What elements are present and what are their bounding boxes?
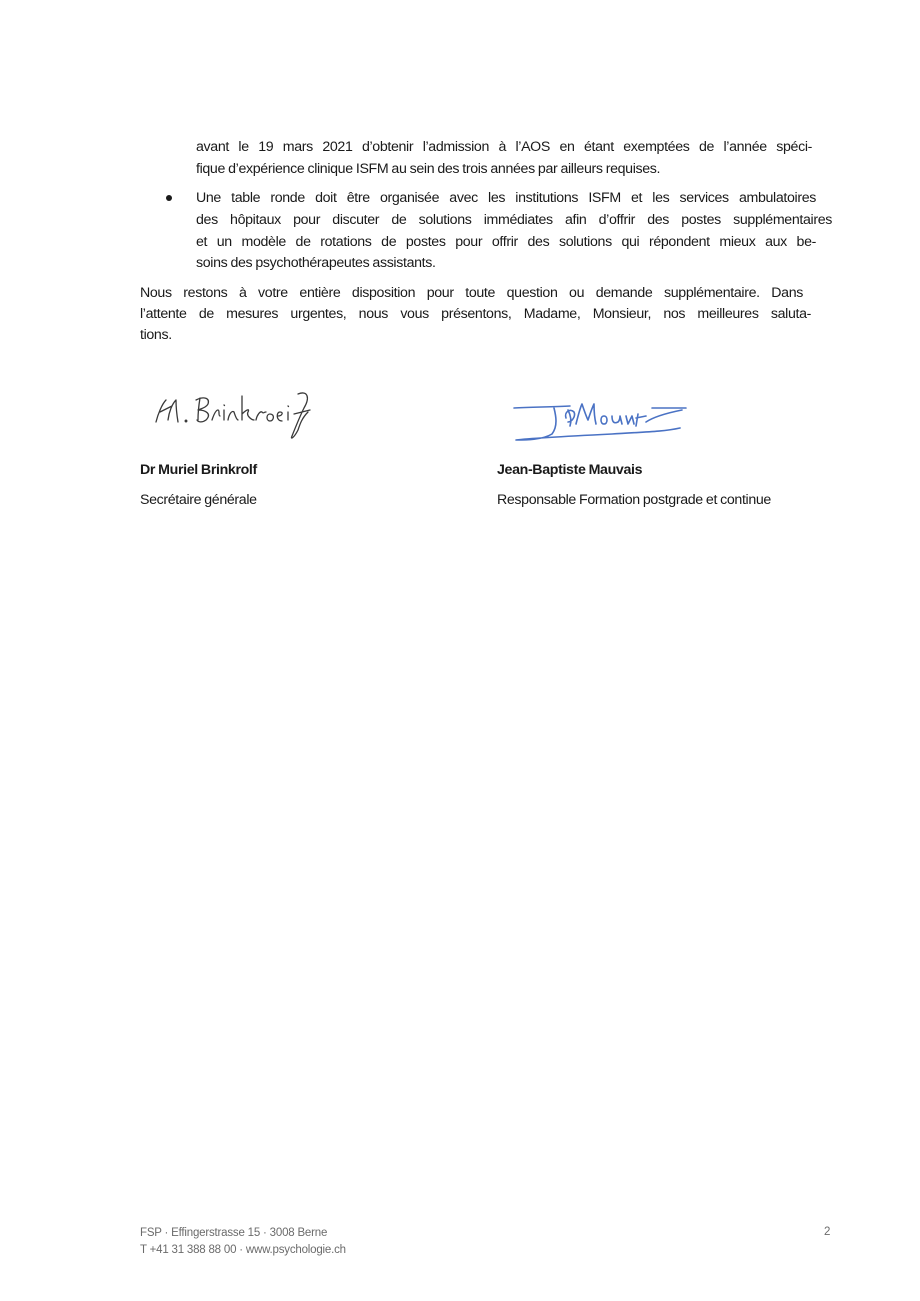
- signature-image-mauvais: [512, 396, 692, 444]
- signatory-name-2: Jean-Baptiste Mauvais: [497, 461, 642, 479]
- page-number: 2: [824, 1224, 830, 1240]
- list-item-continued-line-2: fique d’expérience clinique ISFM au sein…: [196, 160, 660, 178]
- signature-image-brinkrolf: [148, 390, 318, 445]
- footer-address: FSP · Effingerstrasse 15 · 3008 Berne: [140, 1225, 327, 1241]
- closing-paragraph-line-2: l’attente de mesures urgentes, nous vous…: [140, 305, 811, 323]
- bullet-icon: [166, 195, 172, 201]
- closing-paragraph-line-3: tions.: [140, 326, 172, 344]
- signatory-title-1: Secrétaire générale: [140, 491, 257, 509]
- signatory-title-2: Responsable Formation postgrade et conti…: [497, 491, 771, 509]
- list-item-line-2: des hôpitaux pour discuter de solutions …: [196, 211, 832, 229]
- list-item-line-3: et un modèle de rotations de postes pour…: [196, 233, 816, 251]
- list-item-line-1: Une table ronde doit être organisée avec…: [196, 189, 816, 207]
- list-item-continued-line-1: avant le 19 mars 2021 d’obtenir l’admiss…: [196, 138, 812, 156]
- closing-paragraph-line-1: Nous restons à votre entière disposition…: [140, 284, 803, 302]
- signatory-name-1: Dr Muriel Brinkrolf: [140, 461, 257, 479]
- footer-contact: T +41 31 388 88 00 · www.psychologie.ch: [140, 1242, 346, 1258]
- list-item-line-4: soins des psychothérapeutes assistants.: [196, 254, 436, 272]
